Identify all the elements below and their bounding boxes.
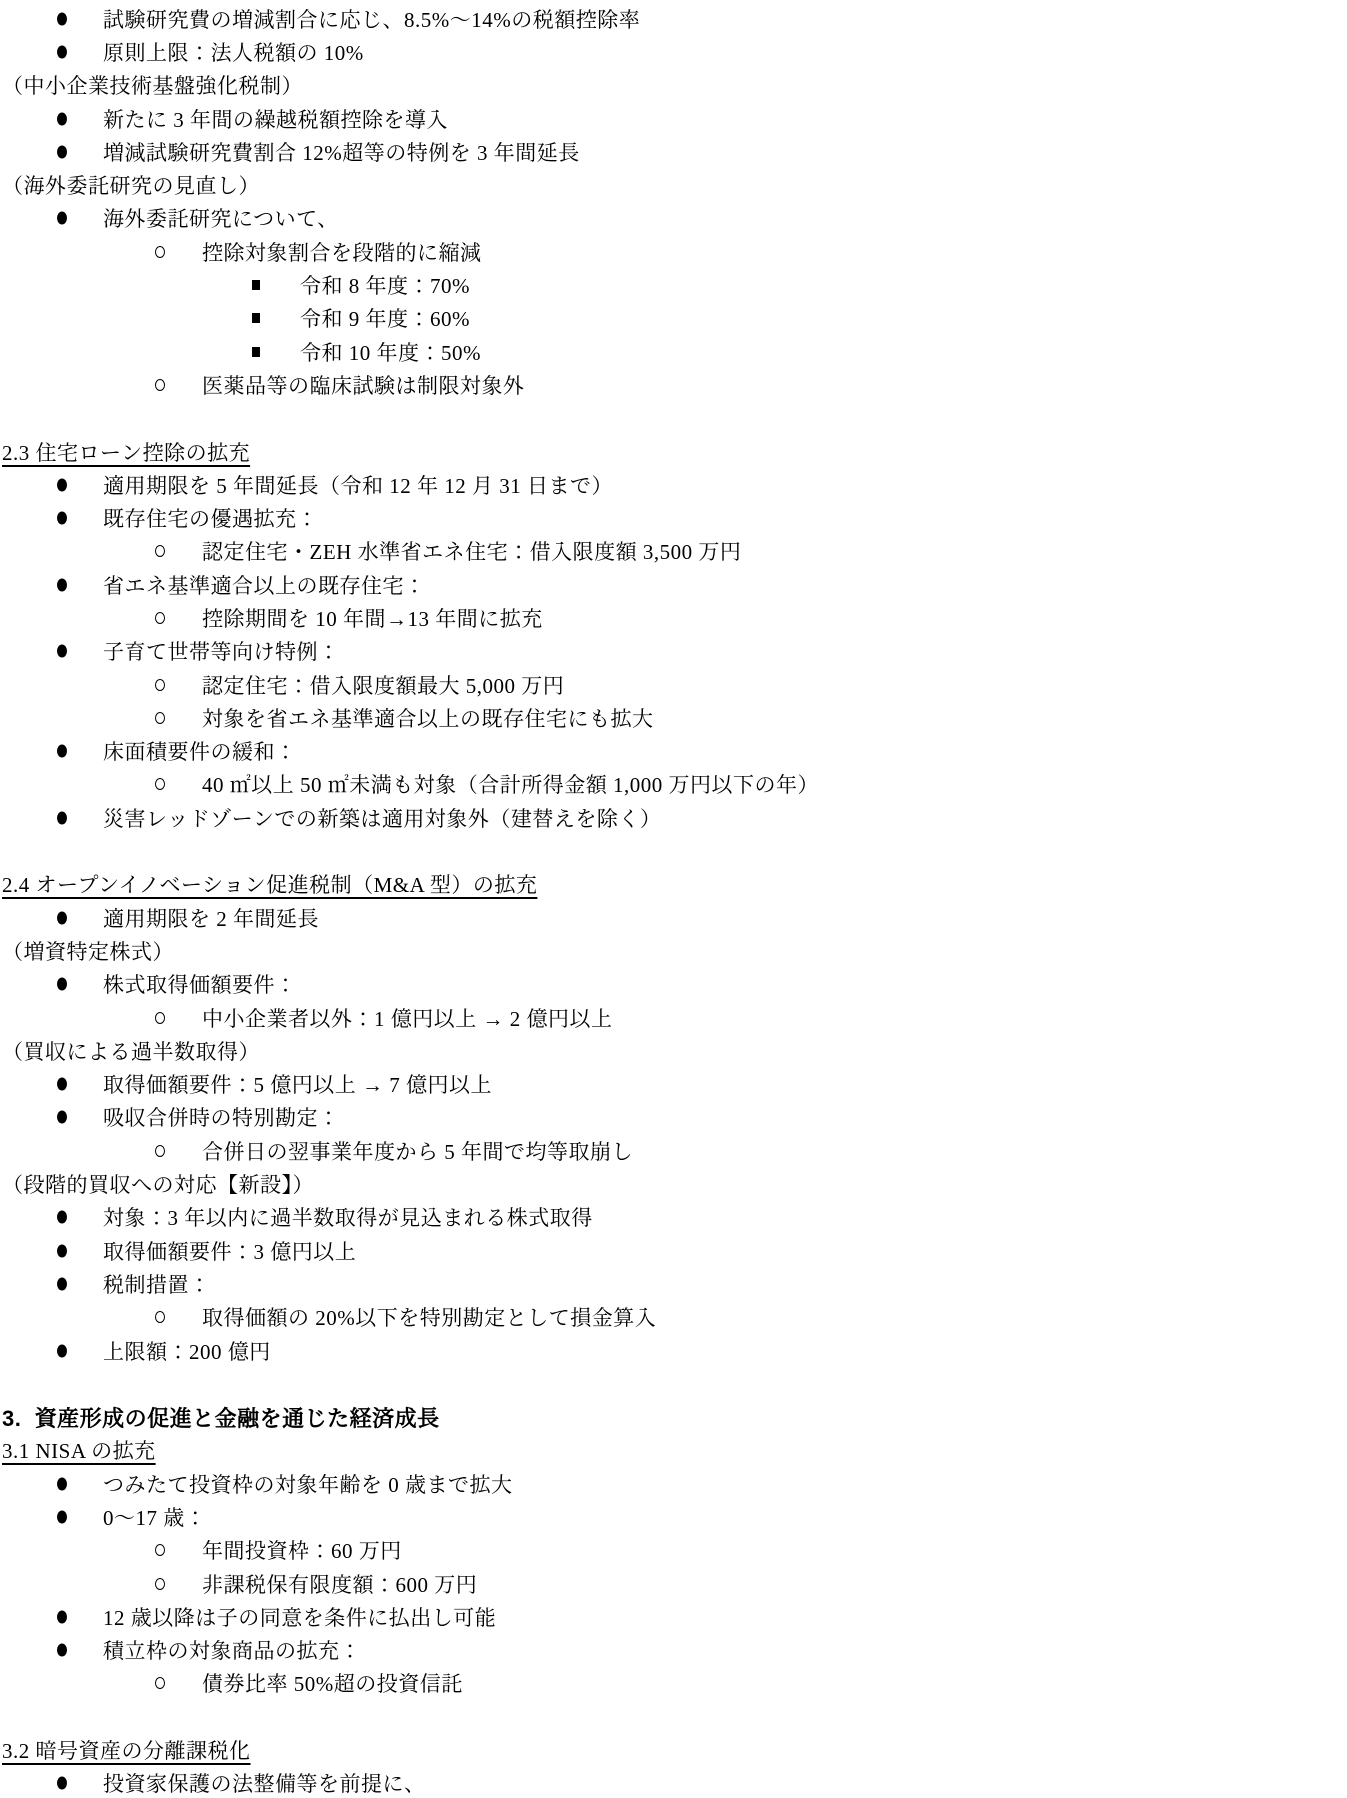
line-text: （段階的買収への対応【新設】）	[0, 1169, 314, 1199]
bullet-item-level3: 令和 9 年度：60%	[0, 302, 1347, 335]
bullet-open-circle-icon	[155, 545, 165, 557]
bullet-item-level1: 原則上限：法人税額の 10%	[0, 35, 1347, 68]
group-label: （増資特定株式）	[0, 934, 1347, 967]
line-text: 3.1 NISA の拡充	[0, 1435, 156, 1465]
chapter-heading: 3. 資産形成の促進と金融を通じた経済成長	[0, 1400, 1347, 1433]
bullet-filled-circle-icon	[57, 1344, 67, 1357]
line-text: 令和 10 年度：50%	[0, 337, 481, 367]
line-text: 2.4 オープンイノベーション促進税制（M&A 型）の拡充	[0, 869, 537, 899]
bullet-filled-circle-icon	[57, 1477, 67, 1490]
bullet-item-level1: 取得価額要件：3 億円以上	[0, 1234, 1347, 1267]
bullet-open-circle-icon	[155, 778, 165, 790]
line-text: 海外委託研究について、	[0, 203, 339, 233]
bullet-item-level1: 吸収合併時の特別勘定：	[0, 1101, 1347, 1134]
bullet-item-level2: 年間投資枠：60 万円	[0, 1534, 1347, 1567]
line-text: 合併日の翌事業年度から 5 年間で均等取崩し	[0, 1136, 633, 1166]
line-text: 対象：3 年以内に過半数取得が見込まれる株式取得	[0, 1202, 593, 1232]
line-text: 子育て世帯等向け特例：	[0, 636, 340, 666]
bullet-item-level2: 中小企業者以外：1 億円以上 → 2 億円以上	[0, 1001, 1347, 1034]
document-body: 試験研究費の増減割合に応じ、8.5%〜14%の税額控除率原則上限：法人税額の 1…	[0, 2, 1347, 1798]
line-text: 上限額：200 億円	[0, 1336, 271, 1366]
bullet-filled-circle-icon	[57, 1610, 67, 1623]
line-text: 非課税保有限度額：600 万円	[0, 1569, 477, 1599]
bullet-filled-circle-icon	[57, 1078, 67, 1091]
group-label: （買収による過半数取得）	[0, 1034, 1347, 1067]
bullet-item-level2: 医薬品等の臨床試験は制限対象外	[0, 368, 1347, 401]
line-text: （買収による過半数取得）	[0, 1036, 260, 1066]
line-text: 2.3 住宅ローン控除の拡充	[0, 437, 250, 467]
line-text: 12 歳以降は子の同意を条件に払出し可能	[0, 1602, 496, 1632]
blank-line	[0, 1700, 1347, 1733]
bullet-item-level1: 税制措置：	[0, 1267, 1347, 1300]
line-text: 40 ㎡以上 50 ㎡未満も対象（合計所得金額 1,000 万円以下の年）	[0, 769, 819, 799]
bullet-item-level1: 床面積要件の緩和：	[0, 735, 1347, 768]
line-text: 医薬品等の臨床試験は制限対象外	[0, 370, 525, 400]
line-text: 適用期限を 5 年間延長（令和 12 年 12 月 31 日まで）	[0, 470, 613, 500]
bullet-item-level2: 対象を省エネ基準適合以上の既存住宅にも拡大	[0, 701, 1347, 734]
group-label: （中小企業技術基盤強化税制）	[0, 69, 1347, 102]
section-heading: 3.2 暗号資産の分離課税化	[0, 1733, 1347, 1766]
blank-line	[0, 834, 1347, 867]
line-text: 新たに 3 年間の繰越税額控除を導入	[0, 104, 448, 134]
line-text: （中小企業技術基盤強化税制）	[0, 70, 303, 100]
bullet-filled-circle-icon	[57, 645, 67, 658]
line-text: 積立枠の対象商品の拡充：	[0, 1635, 361, 1665]
blank-line	[0, 402, 1347, 435]
bullet-filled-circle-icon	[57, 578, 67, 591]
bullet-item-level2: 取得価額の 20%以下を特別勘定として損金算入	[0, 1301, 1347, 1334]
bullet-item-level1: 省エネ基準適合以上の既存住宅：	[0, 568, 1347, 601]
bullet-filled-circle-icon	[57, 212, 67, 225]
line-text: 吸収合併時の特別勘定：	[0, 1102, 340, 1132]
group-label: （段階的買収への対応【新設】）	[0, 1167, 1347, 1200]
bullet-item-level1: 海外委託研究について、	[0, 202, 1347, 235]
bullet-filled-circle-icon	[57, 478, 67, 491]
line-text: （海外委託研究の見直し）	[0, 170, 260, 200]
bullet-filled-circle-icon	[57, 1111, 67, 1124]
bullet-filled-circle-icon	[57, 112, 67, 125]
line-text: 増減試験研究費割合 12%超等の特例を 3 年間延長	[0, 137, 580, 167]
bullet-open-circle-icon	[155, 1012, 165, 1024]
bullet-item-level1: 積立枠の対象商品の拡充：	[0, 1634, 1347, 1667]
line-text: 適用期限を 2 年間延長	[0, 903, 319, 933]
line-text: 中小企業者以外：1 億円以上 → 2 億円以上	[0, 1003, 613, 1033]
bullet-item-level2: 控除対象割合を段階的に縮減	[0, 235, 1347, 268]
bullet-filled-circle-icon	[57, 1644, 67, 1657]
line-text: 既存住宅の優遇拡充：	[0, 503, 318, 533]
blank-line	[0, 1367, 1347, 1400]
bullet-filled-circle-icon	[57, 811, 67, 824]
line-text: 認定住宅：借入限度額最大 5,000 万円	[0, 670, 564, 700]
bullet-item-level1: 上限額：200 億円	[0, 1334, 1347, 1367]
bullet-item-level1: 試験研究費の増減割合に応じ、8.5%〜14%の税額控除率	[0, 2, 1347, 35]
line-text: 株式取得価額要件：	[0, 969, 297, 999]
bullet-item-level1: 株式取得価額要件：	[0, 968, 1347, 1001]
bullet-open-circle-icon	[155, 1311, 165, 1323]
bullet-item-level1: 12 歳以降は子の同意を条件に払出し可能	[0, 1600, 1347, 1633]
bullet-item-level2: 認定住宅・ZEH 水準省エネ住宅：借入限度額 3,500 万円	[0, 535, 1347, 568]
line-text: 災害レッドゾーンでの新築は適用対象外（建替えを除く）	[0, 803, 661, 833]
bullet-filled-circle-icon	[57, 45, 67, 58]
bullet-item-level1: 適用期限を 2 年間延長	[0, 901, 1347, 934]
line-text: 令和 8 年度：70%	[0, 270, 470, 300]
bullet-item-level1: 増減試験研究費割合 12%超等の特例を 3 年間延長	[0, 135, 1347, 168]
line-text: つみたて投資枠の対象年齢を 0 歳まで拡大	[0, 1469, 513, 1499]
section-heading: 2.3 住宅ローン控除の拡充	[0, 435, 1347, 468]
bullet-item-level1: 新たに 3 年間の繰越税額控除を導入	[0, 102, 1347, 135]
bullet-item-level2: 債券比率 50%超の投資信託	[0, 1667, 1347, 1700]
bullet-item-level1: 災害レッドゾーンでの新築は適用対象外（建替えを除く）	[0, 801, 1347, 834]
line-text: 3.2 暗号資産の分離課税化	[0, 1735, 251, 1765]
section-heading: 2.4 オープンイノベーション促進税制（M&A 型）の拡充	[0, 868, 1347, 901]
bullet-open-circle-icon	[155, 1578, 165, 1590]
bullet-filled-circle-icon	[57, 911, 67, 924]
line-text: 控除対象割合を段階的に縮減	[0, 237, 482, 267]
line-text: 対象を省エネ基準適合以上の既存住宅にも拡大	[0, 703, 654, 733]
bullet-filled-circle-icon	[57, 1777, 67, 1790]
line-text: 認定住宅・ZEH 水準省エネ住宅：借入限度額 3,500 万円	[0, 536, 741, 566]
line-text: 令和 9 年度：60%	[0, 303, 470, 333]
bullet-item-level1: 対象：3 年以内に過半数取得が見込まれる株式取得	[0, 1201, 1347, 1234]
bullet-filled-circle-icon	[57, 512, 67, 525]
bullet-open-circle-icon	[155, 1544, 165, 1556]
bullet-item-level2: 認定住宅：借入限度額最大 5,000 万円	[0, 668, 1347, 701]
bullet-item-level1: 既存住宅の優遇拡充：	[0, 501, 1347, 534]
bullet-item-level2: 40 ㎡以上 50 ㎡未満も対象（合計所得金額 1,000 万円以下の年）	[0, 768, 1347, 801]
section-heading: 3.1 NISA の拡充	[0, 1434, 1347, 1467]
bullet-open-circle-icon	[155, 246, 165, 258]
line-text: 取得価額要件：3 億円以上	[0, 1236, 356, 1266]
line-text: 0〜17 歳：	[0, 1502, 206, 1532]
bullet-filled-circle-icon	[57, 978, 67, 991]
line-text: 床面積要件の緩和：	[0, 736, 297, 766]
bullet-open-circle-icon	[155, 1145, 165, 1157]
bullet-open-circle-icon	[155, 612, 165, 624]
bullet-filled-square-icon	[252, 280, 260, 290]
bullet-item-level2: 合併日の翌事業年度から 5 年間で均等取崩し	[0, 1134, 1347, 1167]
line-text: 債券比率 50%超の投資信託	[0, 1668, 463, 1698]
bullet-item-level1: 0〜17 歳：	[0, 1500, 1347, 1533]
line-text: 取得価額の 20%以下を特別勘定として損金算入	[0, 1302, 656, 1332]
bullet-filled-circle-icon	[57, 1244, 67, 1257]
bullet-filled-circle-icon	[57, 745, 67, 758]
bullet-item-level1: 適用期限を 5 年間延長（令和 12 年 12 月 31 日まで）	[0, 468, 1347, 501]
bullet-item-level1: 投資家保護の法整備等を前提に、	[0, 1767, 1347, 1798]
line-text: 原則上限：法人税額の 10%	[0, 37, 364, 67]
line-text: 控除期間を 10 年間→13 年間に拡充	[0, 603, 543, 633]
group-label: （海外委託研究の見直し）	[0, 168, 1347, 201]
line-text: 年間投資枠：60 万円	[0, 1535, 402, 1565]
bullet-filled-circle-icon	[57, 1277, 67, 1290]
line-text: 取得価額要件：5 億円以上 → 7 億円以上	[0, 1069, 492, 1099]
bullet-filled-circle-icon	[57, 145, 67, 158]
bullet-open-circle-icon	[155, 379, 165, 391]
line-text: 税制措置：	[0, 1269, 211, 1299]
bullet-filled-circle-icon	[57, 1211, 67, 1224]
bullet-open-circle-icon	[155, 1677, 165, 1689]
line-text: 3. 資産形成の促進と金融を通じた経済成長	[0, 1402, 440, 1433]
bullet-item-level3: 令和 8 年度：70%	[0, 268, 1347, 301]
bullet-item-level1: 子育て世帯等向け特例：	[0, 635, 1347, 668]
bullet-filled-square-icon	[252, 347, 260, 357]
line-text: 試験研究費の増減割合に応じ、8.5%〜14%の税額控除率	[0, 4, 640, 34]
bullet-open-circle-icon	[155, 679, 165, 691]
bullet-filled-circle-icon	[57, 12, 67, 25]
bullet-item-level3: 令和 10 年度：50%	[0, 335, 1347, 368]
bullet-filled-square-icon	[252, 313, 260, 323]
document-page: 試験研究費の増減割合に応じ、8.5%〜14%の税額控除率原則上限：法人税額の 1…	[0, 0, 1347, 1798]
bullet-open-circle-icon	[155, 712, 165, 724]
line-text: （増資特定株式）	[0, 936, 174, 966]
bullet-item-level1: 取得価額要件：5 億円以上 → 7 億円以上	[0, 1068, 1347, 1101]
bullet-item-level1: つみたて投資枠の対象年齢を 0 歳まで拡大	[0, 1467, 1347, 1500]
bullet-item-level2: 控除期間を 10 年間→13 年間に拡充	[0, 601, 1347, 634]
bullet-item-level2: 非課税保有限度額：600 万円	[0, 1567, 1347, 1600]
bullet-filled-circle-icon	[57, 1511, 67, 1524]
